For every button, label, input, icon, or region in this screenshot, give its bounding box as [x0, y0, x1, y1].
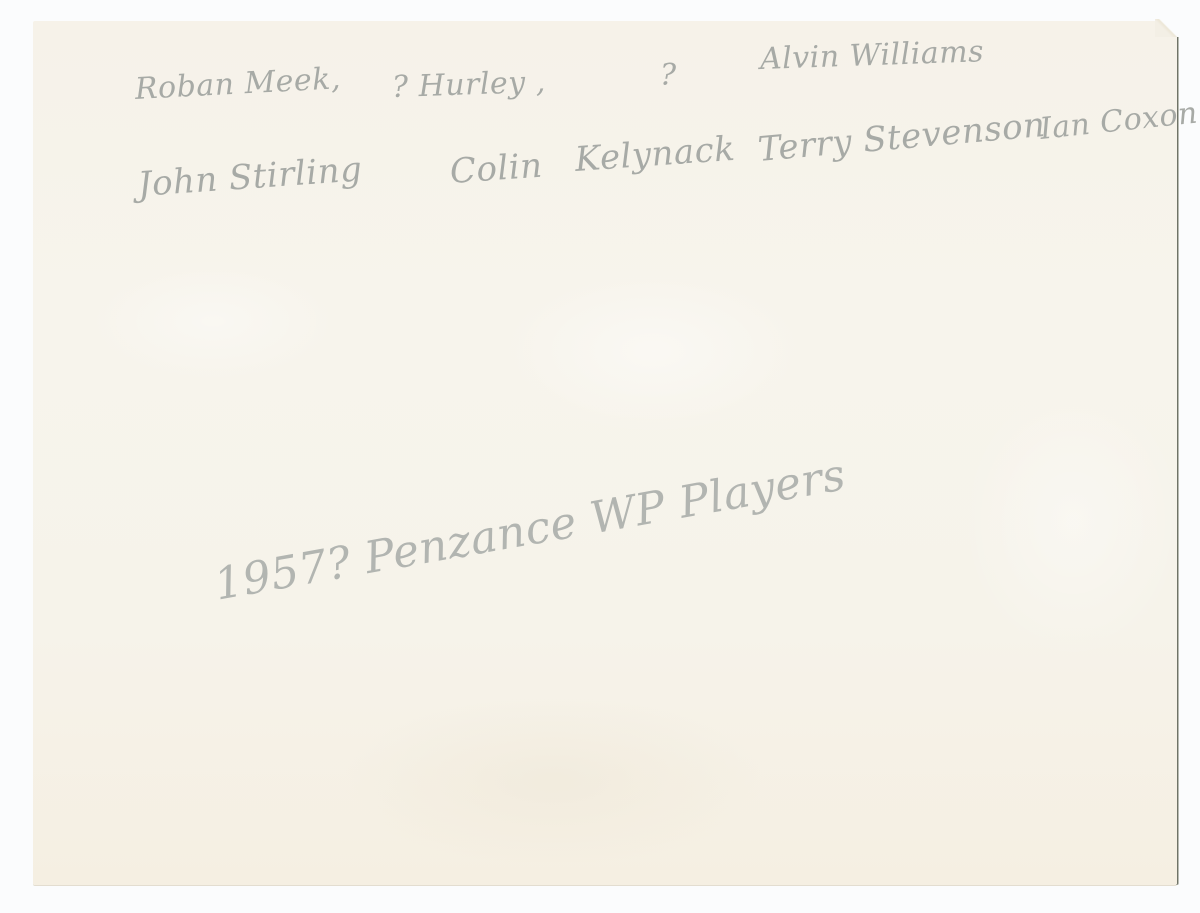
name-colin: Colin [449, 146, 544, 192]
name-unknown-marker: ? [660, 58, 677, 93]
scan-background: Roban Meek, ? Hurley , ? Alvin Williams … [0, 0, 1200, 913]
corner-fold [1155, 19, 1179, 37]
name-hurley: ? Hurley , [391, 65, 546, 105]
